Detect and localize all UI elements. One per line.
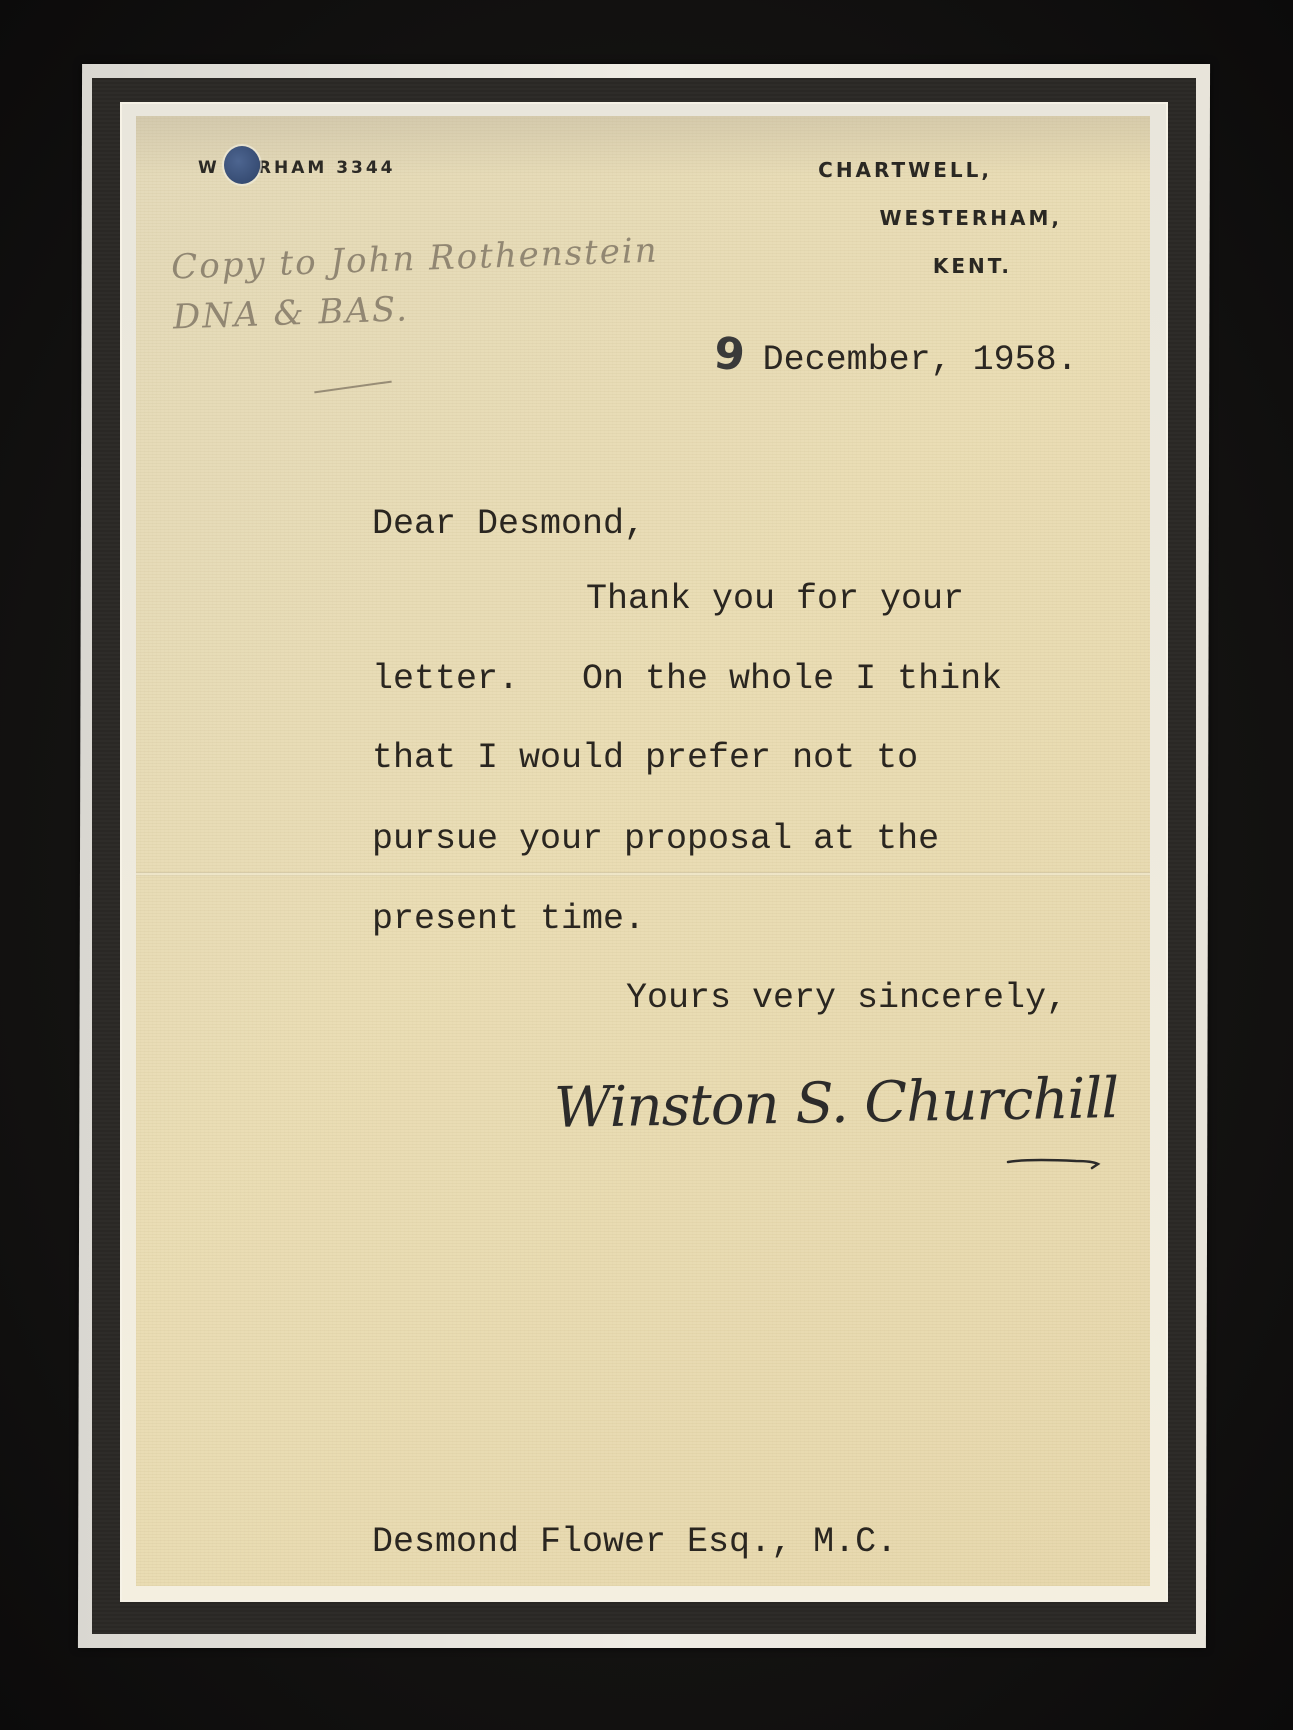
signature-flourish-icon <box>1006 1156 1102 1170</box>
handwritten-pencil-note: Copy to John Rothenstein DNA & BAS. <box>170 226 661 343</box>
recipient-line: Desmond Flower Esq., M.C. <box>372 1522 897 1562</box>
address-line-house: CHARTWELL, <box>818 146 1062 194</box>
handwritten-day: 9 <box>711 328 747 382</box>
body-line: that I would prefer not to <box>372 738 918 778</box>
letter-date: 9December, 1958. <box>714 329 1078 380</box>
letterhead-address: CHARTWELL, WESTERHAM, KENT. <box>818 146 1062 290</box>
closing: Yours very sincerely, <box>626 978 1067 1018</box>
pencil-underline-mark <box>314 381 392 394</box>
letter-paper: W TERHAM 3344 CHARTWELL, WESTERHAM, KENT… <box>136 116 1150 1586</box>
typed-month-year: December, 1958. <box>763 340 1078 380</box>
signature: Winston S. Churchill <box>553 1066 1118 1141</box>
body-line: Thank you for your <box>586 579 964 619</box>
punch-hole-icon <box>224 146 260 184</box>
fold-crease <box>136 872 1150 876</box>
address-line-county: KENT. <box>818 242 1062 290</box>
body-line: pursue your proposal at the <box>372 819 939 859</box>
salutation: Dear Desmond, <box>372 504 645 544</box>
body-line: present time. <box>372 899 645 939</box>
address-line-town: WESTERHAM, <box>818 194 1062 242</box>
body-line: letter. On the whole I think <box>372 659 1002 699</box>
